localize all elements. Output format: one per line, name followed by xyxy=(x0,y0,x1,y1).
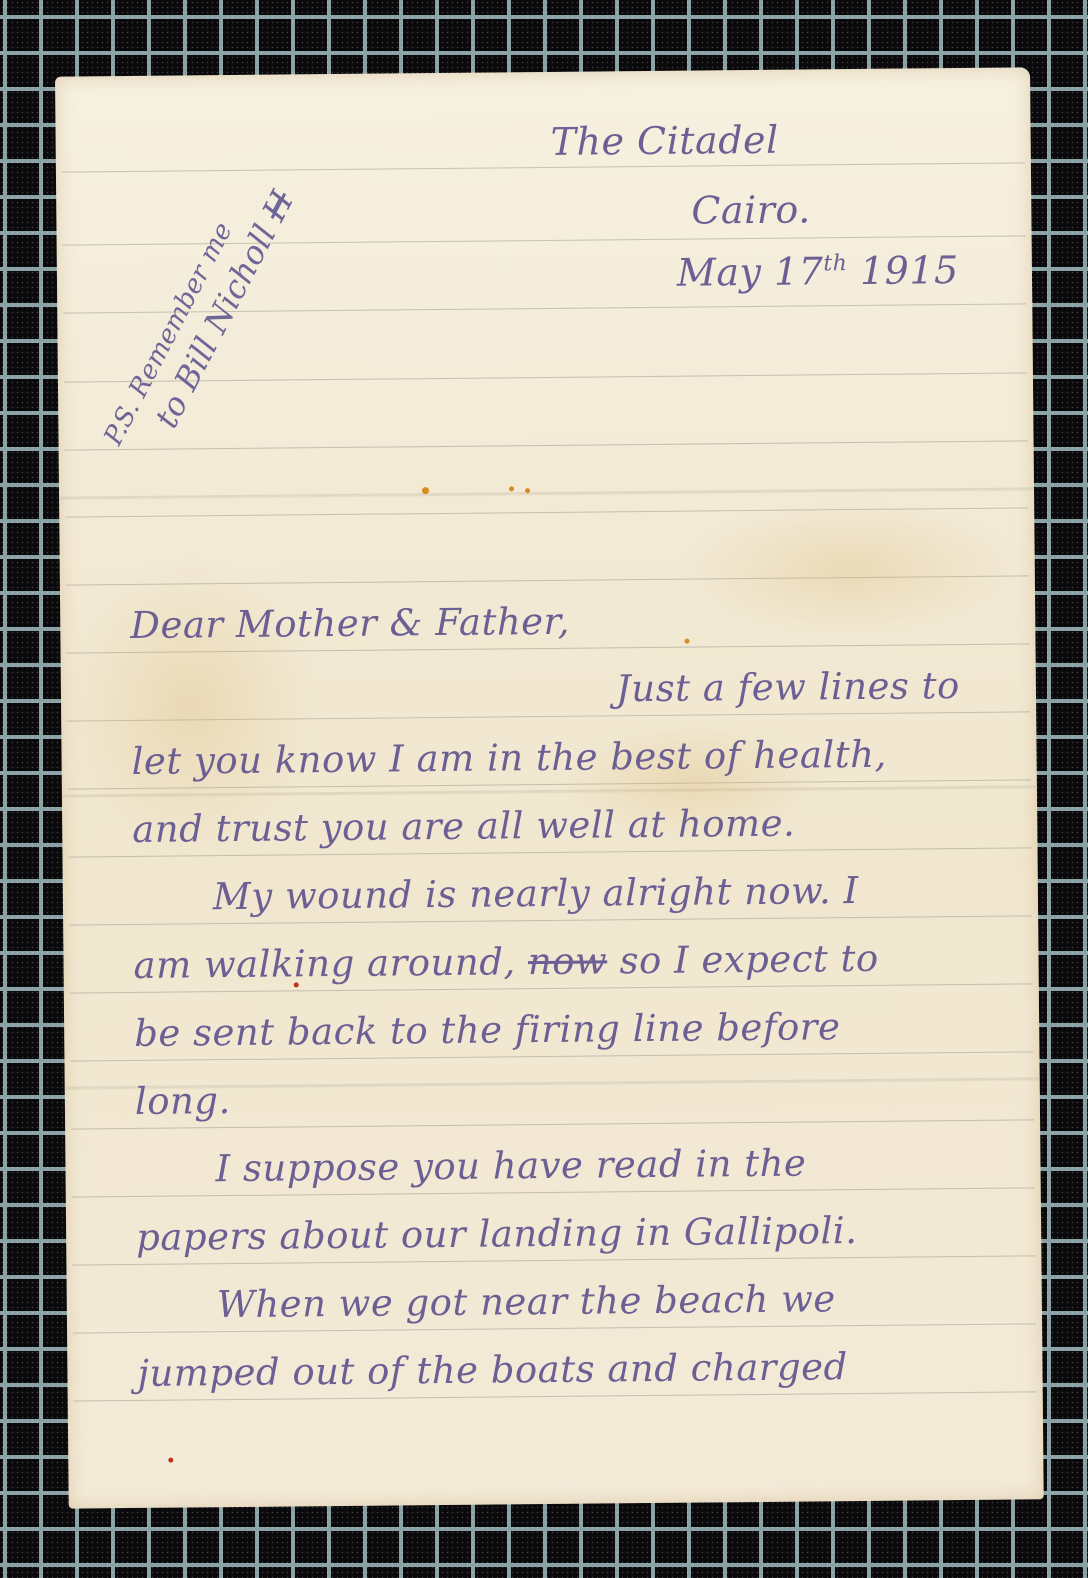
rust-spot xyxy=(509,486,514,491)
body-line: am walking around, now so I expect to xyxy=(133,937,879,987)
ink-spot xyxy=(168,1458,173,1463)
postscript-to: to xyxy=(147,388,196,434)
body-line: When we got near the beach we xyxy=(217,1277,836,1326)
body-line: My wound is nearly alright now. I xyxy=(213,869,859,918)
letter-page: The Citadel Cairo. May 17th 1915 P.S. Re… xyxy=(55,67,1044,1508)
paper-stain xyxy=(679,497,1020,640)
rust-spot xyxy=(525,488,530,493)
salutation: Dear Mother & Father, xyxy=(130,600,570,647)
fold-crease xyxy=(59,487,1034,498)
body-line: Just a few lines to xyxy=(616,664,960,710)
body-line: I suppose you have read in the xyxy=(215,1142,806,1191)
rust-spot xyxy=(684,639,689,644)
body-line: jumped out of the boats and charged xyxy=(137,1345,848,1395)
body-line: and trust you are all well at home. xyxy=(132,802,795,851)
body-line: long. xyxy=(135,1079,231,1123)
ruled-line xyxy=(62,162,1025,172)
body-text: am walking around, xyxy=(133,940,528,987)
address-line-1: The Citadel xyxy=(550,118,778,164)
body-line: papers about our landing in Gallipoli. xyxy=(136,1209,858,1259)
postscript-struck-text: H xyxy=(255,185,302,227)
struck-word: now xyxy=(528,939,608,983)
address-line-2: Cairo. xyxy=(691,187,811,232)
body-line: be sent back to the firing line before xyxy=(134,1005,841,1055)
letter-date: May 17th 1915 xyxy=(677,248,959,295)
postscript: P.S. Remember me to Bill Nicholl H xyxy=(98,169,301,470)
body-line: let you know I am in the best of health, xyxy=(131,733,887,783)
body-text: so I expect to xyxy=(607,937,879,983)
date-year: 1915 xyxy=(860,248,959,293)
date-month-day: May 17 xyxy=(677,249,824,294)
rust-spot xyxy=(422,487,429,494)
date-suffix: th xyxy=(823,251,847,276)
ruled-line xyxy=(65,440,1028,450)
